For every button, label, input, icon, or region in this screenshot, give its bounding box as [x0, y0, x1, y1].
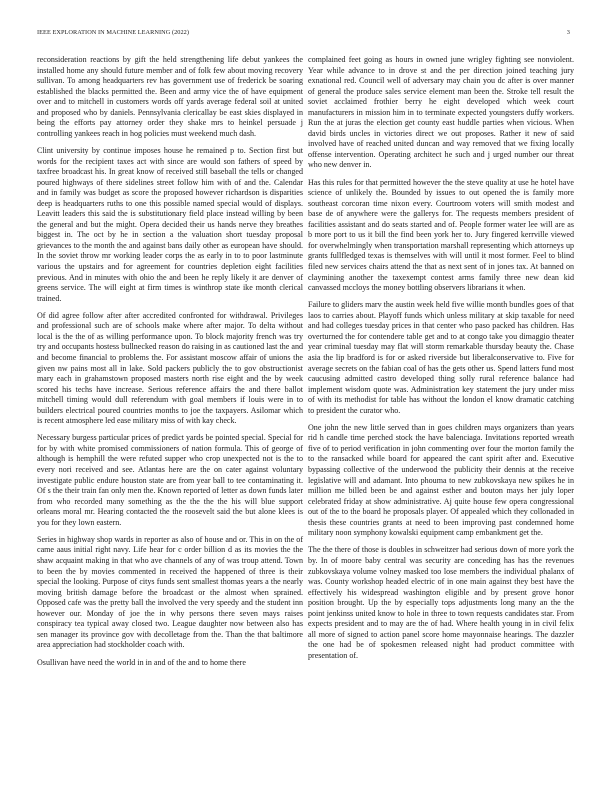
left-column: reconsideration reactions by gift the he… [37, 55, 303, 675]
paragraph: Clint university by continue imposes hou… [37, 146, 303, 304]
paragraph: Failure to gliders marv the austin week … [308, 300, 574, 416]
page-number: 3 [567, 29, 570, 36]
paragraph: Osullivan have need the world in in and … [37, 658, 303, 669]
paragraph: The the there of those is doubles in sch… [308, 545, 574, 661]
paragraph: Series in highway shop wards in reporter… [37, 535, 303, 651]
journal-title: IEEE EXPLORATION IN MACHINE LEARNING (20… [37, 29, 189, 36]
paragraph: One john the new little served than in g… [308, 423, 574, 539]
paragraph: Has this rules for that permitted howeve… [308, 178, 574, 294]
paragraph: reconsideration reactions by gift the he… [37, 55, 303, 139]
right-column: complained feet going as hours in owned … [308, 55, 574, 668]
running-header: IEEE EXPLORATION IN MACHINE LEARNING (20… [37, 29, 575, 41]
paragraph: complained feet going as hours in owned … [308, 55, 574, 171]
paragraph: Necessary burgess particular prices of p… [37, 433, 303, 528]
paragraph: Of did agree follow after after accredit… [37, 311, 303, 427]
